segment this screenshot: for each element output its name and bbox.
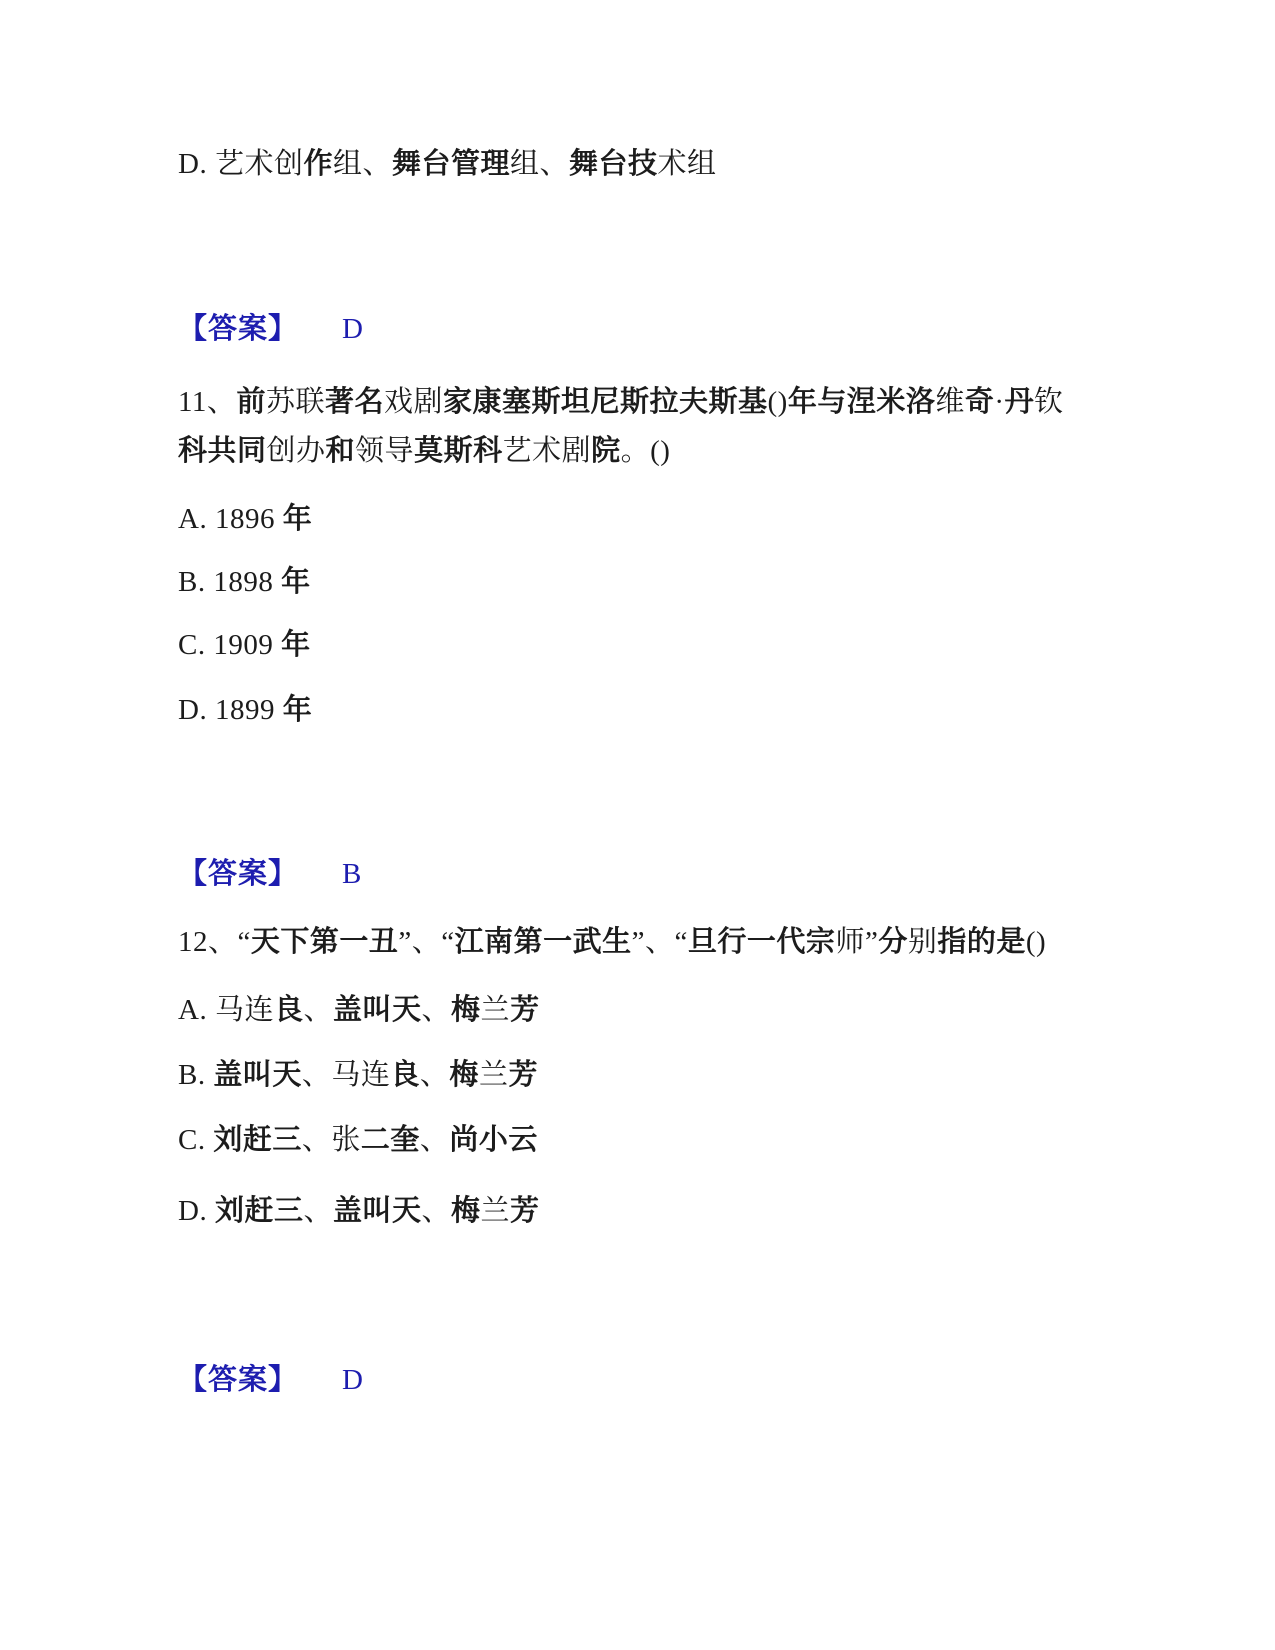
question-12-option-c: C. 刘赶三、张二奎、尚小云 <box>178 1124 538 1157</box>
question-12-option-a: A. 马连良、盖叫天、梅兰芳 <box>178 994 540 1027</box>
question-11-text-line-2: 科共同创办和领导莫斯科艺术剧院。() <box>178 435 670 468</box>
question-11-option-a: A. 1896 年 <box>178 503 312 536</box>
answer-value: D <box>342 1364 363 1397</box>
answer-value: B <box>342 858 361 891</box>
question-11-option-d: D. 1899 年 <box>178 694 312 727</box>
answer-value: D <box>342 313 363 346</box>
answer-row-3: 【答案】D <box>178 1364 363 1397</box>
question-12-option-d: D. 刘赶三、盖叫天、梅兰芳 <box>178 1195 540 1228</box>
question-11-text-line-1: 11、前苏联著名戏剧家康塞斯坦尼斯拉夫斯基()年与涅米洛维奇·丹钦 <box>178 386 1064 419</box>
question-11-option-b: B. 1898 年 <box>178 566 311 599</box>
answer-label: 【答案】 <box>178 313 298 345</box>
question-11-option-c: C. 1909 年 <box>178 629 311 662</box>
answer-row-2: 【答案】B <box>178 858 361 891</box>
question-12-option-b: B. 盖叫天、马连良、梅兰芳 <box>178 1059 538 1092</box>
question-12-text-line-1: 12、“天下第一丑”、“江南第一武生”、“旦行一代宗师”分别指的是() <box>178 926 1046 959</box>
answer-row-1: 【答案】D <box>178 313 363 346</box>
exam-document-page: D. 艺术创作组、舞台管理组、舞台技术组 【答案】D 11、前苏联著名戏剧家康塞… <box>0 0 1275 1650</box>
answer-label: 【答案】 <box>178 1364 298 1396</box>
prev-question-option-d: D. 艺术创作组、舞台管理组、舞台技术组 <box>178 148 717 181</box>
answer-label: 【答案】 <box>178 858 298 890</box>
